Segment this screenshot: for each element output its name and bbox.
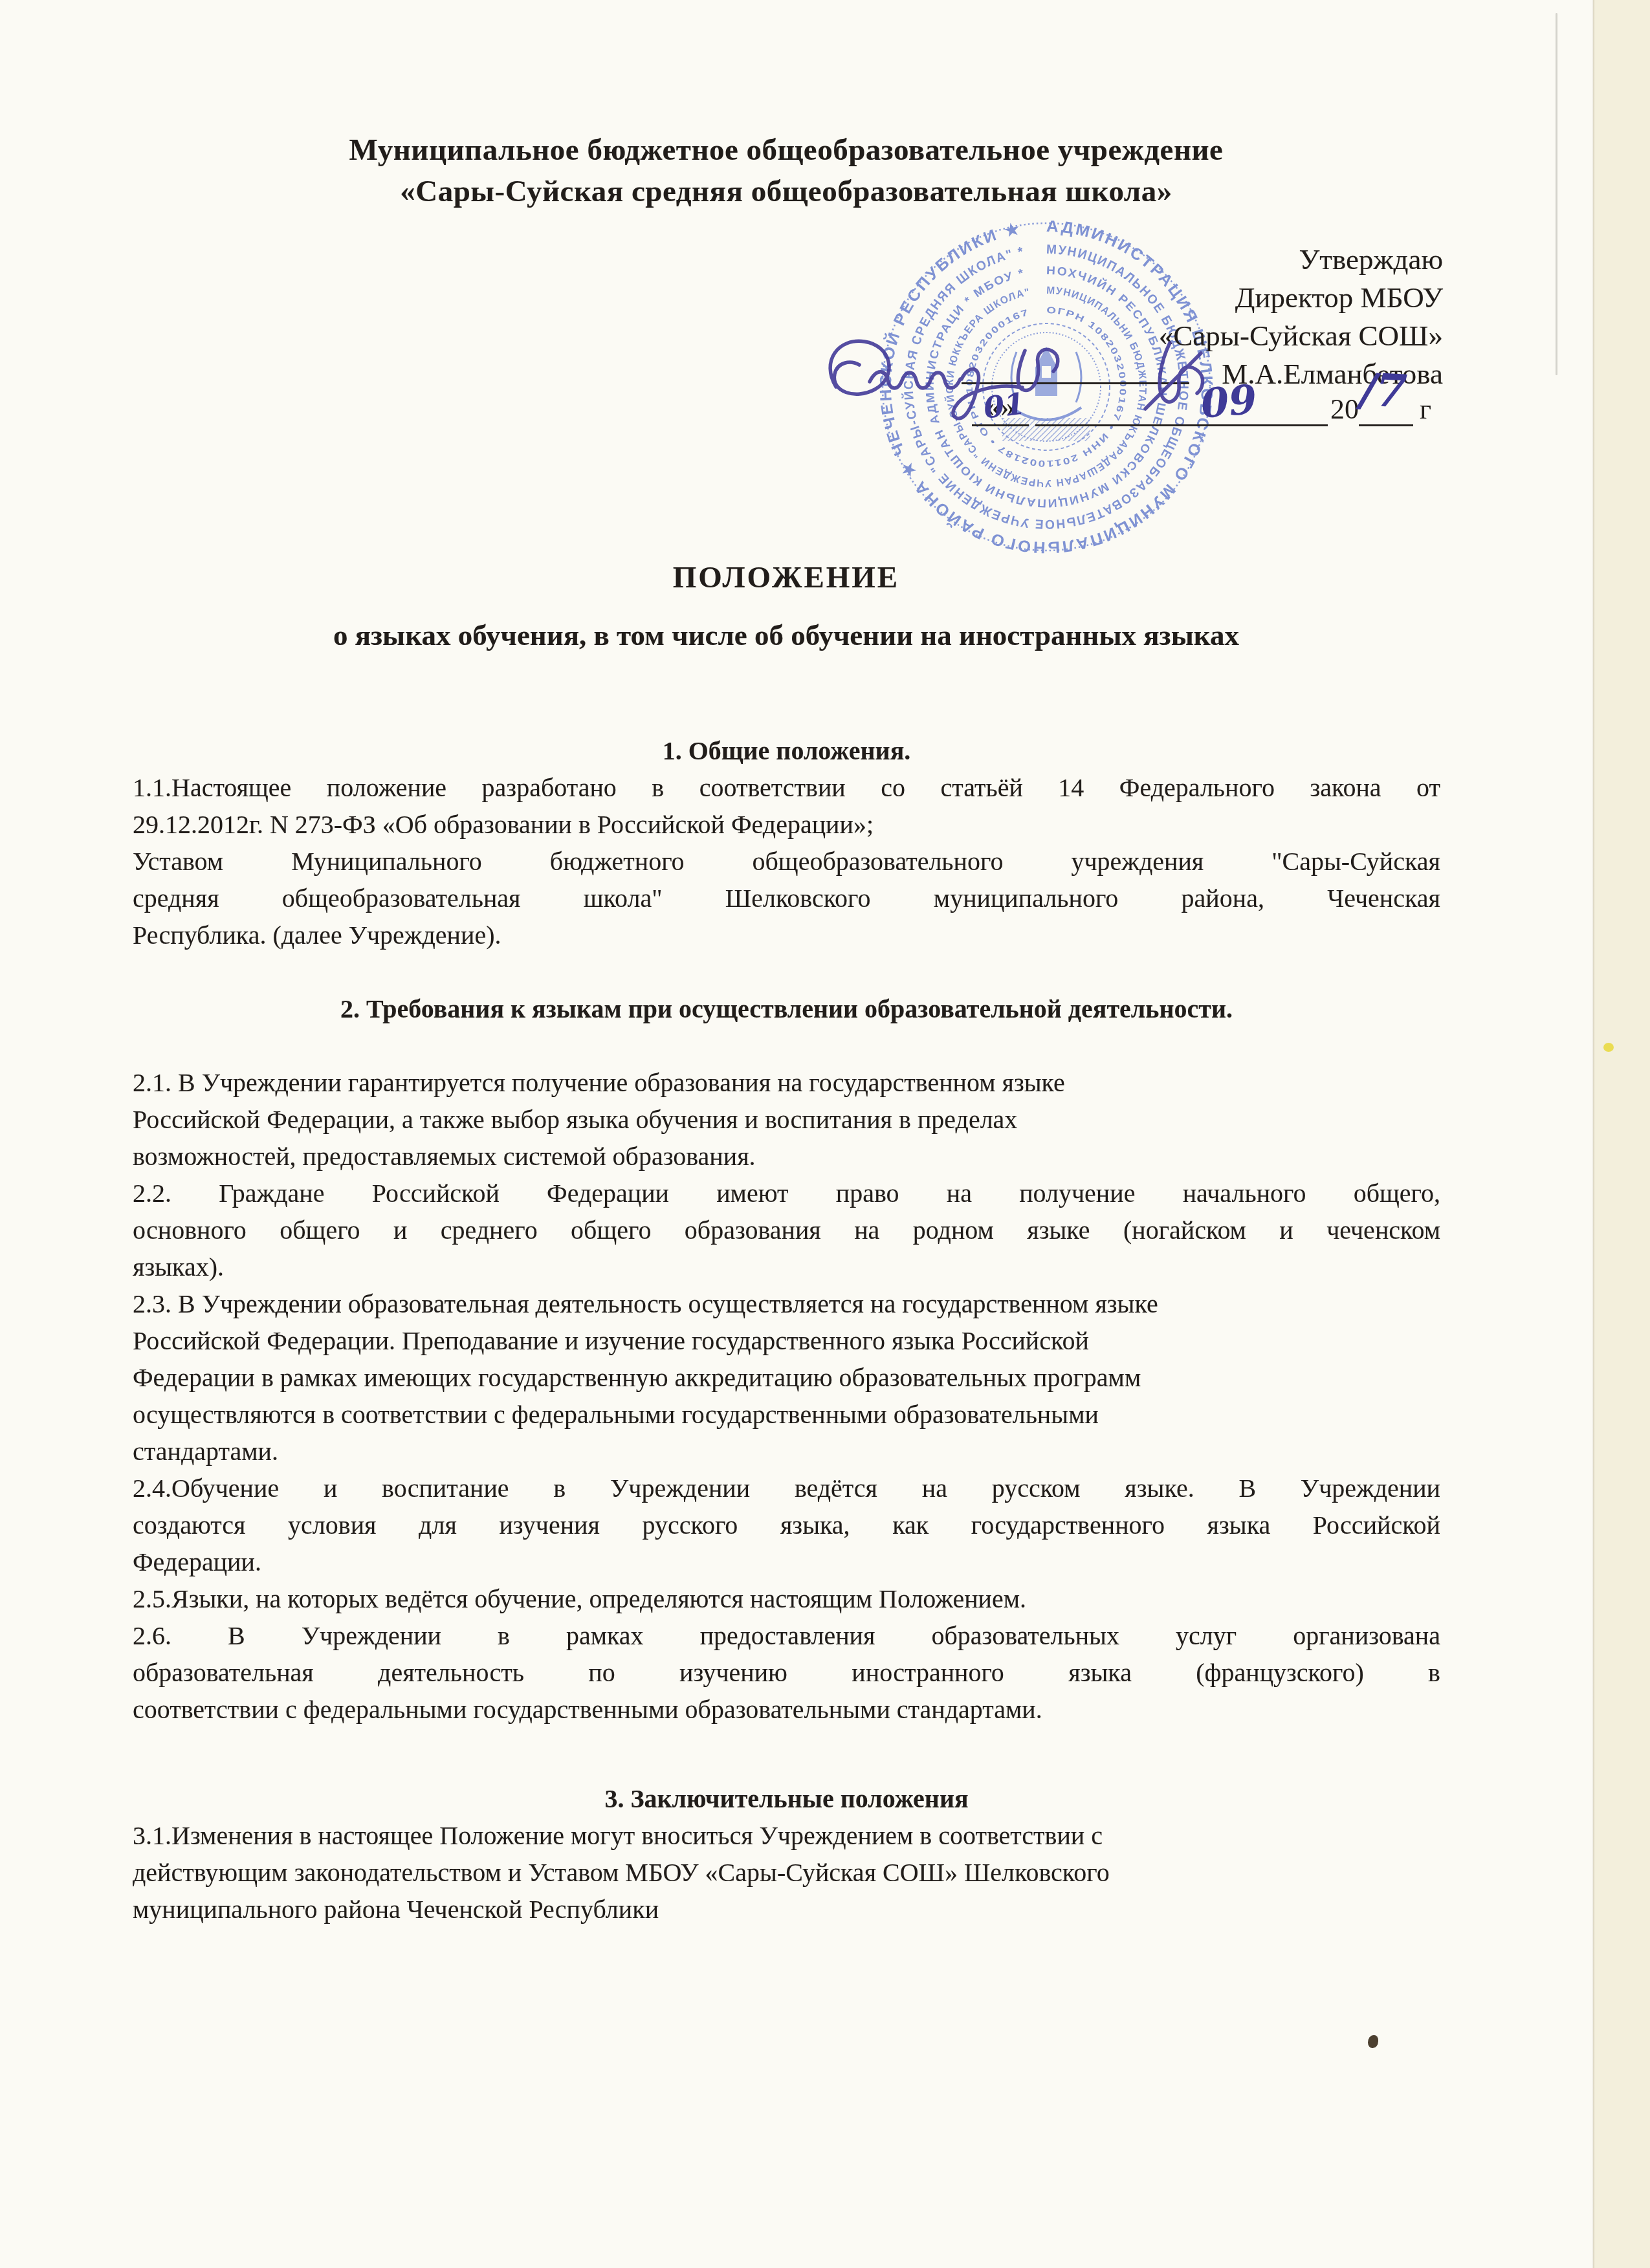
handwritten-year: /7 <box>1359 362 1407 419</box>
paragraph-2-6: 2.6. В Учреждении в рамках предоставлени… <box>133 1617 1440 1728</box>
text-line: 2.4.Обучение и воспитание в Учреждении в… <box>133 1470 1440 1507</box>
text-line: 2.1. В Учреждении гарантируется получени… <box>133 1064 1440 1101</box>
approval-director: Директор МБОУ <box>1159 279 1443 317</box>
scan-edge-strip <box>1593 0 1650 2268</box>
text-line: основного общего и среднего общего образ… <box>133 1212 1440 1248</box>
text-line: Федерации в рамках имеющих государственн… <box>133 1359 1440 1396</box>
paragraph-2-1: 2.1. В Учреждении гарантируется получени… <box>133 1064 1440 1175</box>
text-line: Уставом Муниципального бюджетного общеоб… <box>133 843 1440 880</box>
spacer <box>133 954 1440 990</box>
text-line: осуществляются в соответствии с федераль… <box>133 1396 1440 1433</box>
section-1-heading: 1. Общие положения. <box>133 732 1440 769</box>
text-line: Российской Федерации, а также выбор язык… <box>133 1101 1440 1138</box>
paragraph-3-1: 3.1.Изменения в настоящее Положение могу… <box>133 1817 1440 1928</box>
text-line: 2.3. В Учреждении образовательная деятел… <box>133 1285 1440 1322</box>
text-line: стандартами. <box>133 1433 1440 1470</box>
text-line: 2.2. Граждане Российской Федерации имеют… <box>133 1175 1440 1212</box>
ink-speck <box>1368 2035 1378 2048</box>
text-line: языках). <box>133 1248 1440 1285</box>
text-line: 29.12.2012г. N 273-ФЗ «Об образовании в … <box>133 806 1440 843</box>
paragraph-2-2: 2.2. Граждане Российской Федерации имеют… <box>133 1175 1440 1285</box>
text-line: действующим законодательством и Уставом … <box>133 1854 1440 1891</box>
date-line: «01»0920/7г <box>972 391 1431 430</box>
text-line: 2.6. В Учреждении в рамках предоставлени… <box>133 1617 1440 1654</box>
paper-speck <box>1603 1043 1614 1052</box>
paragraph-1-1: 1.1.Настоящее положение разработано в со… <box>133 769 1440 843</box>
scan-edge-seam <box>1592 0 1594 2268</box>
section-3-heading: 3. Заключительные положения <box>133 1780 1440 1817</box>
text-line: 3.1.Изменения в настоящее Положение могу… <box>133 1817 1440 1854</box>
date-year-field: /7 <box>1359 391 1413 426</box>
scan-streak <box>1556 13 1557 375</box>
document-title: ПОЛОЖЕНИЕ <box>133 560 1440 595</box>
org-name-line-2: «Сары-Суйская средняя общеобразовательна… <box>133 171 1440 212</box>
text-line: средняя общеобразовательная школа" Шелко… <box>133 880 1440 917</box>
section-2-heading: 2. Требования к языкам при осуществлении… <box>133 990 1440 1027</box>
date-day-field: «01» <box>972 391 1029 426</box>
year-suffix: г <box>1420 393 1431 426</box>
text-line: соответствии с федеральными государствен… <box>133 1691 1440 1728</box>
text-line: создаются условия для изучения русского … <box>133 1507 1440 1543</box>
paragraph-ustav: Уставом Муниципального бюджетного общеоб… <box>133 843 1440 954</box>
org-name-line-1: Муниципальное бюджетное общеобразователь… <box>133 129 1440 171</box>
text-line: Российской Федерации. Преподавание и изу… <box>133 1322 1440 1359</box>
paragraph-2-4: 2.4.Обучение и воспитание в Учреждении в… <box>133 1470 1440 1580</box>
text-line: Республика. (далее Учреждение). <box>133 917 1440 954</box>
printed-year-prefix: 20 <box>1330 393 1359 426</box>
text-line: 1.1.Настоящее положение разработано в со… <box>133 769 1440 806</box>
text-line: образовательная деятельность по изучению… <box>133 1654 1440 1691</box>
document-body: 1. Общие положения. 1.1.Настоящее положе… <box>133 732 1440 1928</box>
text-line: 2.5.Языки, на которых ведётся обучение, … <box>133 1580 1440 1617</box>
spacer <box>133 1728 1440 1765</box>
scanned-document-page: Муниципальное бюджетное общеобразователь… <box>0 0 1650 2268</box>
date-month-field: 09 <box>1035 391 1328 426</box>
document-subtitle: о языках обучения, в том числе об обучен… <box>133 618 1440 652</box>
paragraph-2-5: 2.5.Языки, на которых ведётся обучение, … <box>133 1580 1440 1617</box>
organization-header: Муниципальное бюджетное общеобразователь… <box>133 129 1440 212</box>
handwritten-day: 01 <box>982 386 1027 425</box>
handwritten-month: 09 <box>1199 375 1259 427</box>
spacer <box>133 1027 1440 1064</box>
paragraph-2-3: 2.3. В Учреждении образовательная деятел… <box>133 1285 1440 1470</box>
text-line: возможностей, предоставляемых системой о… <box>133 1138 1440 1175</box>
text-line: муниципального района Чеченской Республи… <box>133 1891 1440 1928</box>
approval-word: Утверждаю <box>1159 241 1443 279</box>
text-line: Федерации. <box>133 1543 1440 1580</box>
